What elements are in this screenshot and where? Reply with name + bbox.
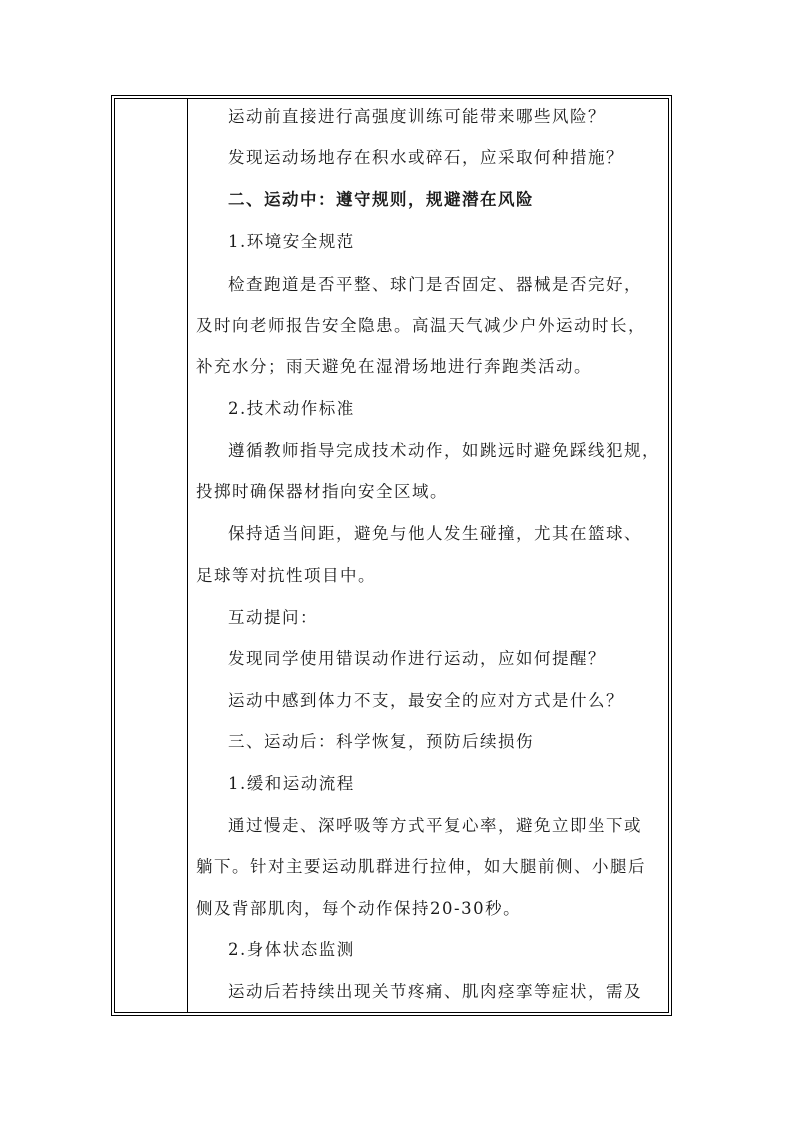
text-line: 三、运动后：科学恢复，预防后续损伤 [228,732,534,752]
text-line: 发现同学使用错误动作进行运动，应如何提醒？ [228,649,606,669]
text-line: 及时向老师报告安全隐患。高温天气减少户外运动时长， [196,316,646,336]
text-line: 运动前直接进行高强度训练可能带来哪些风险？ [228,107,606,127]
text-line: 运动中感到体力不支，最安全的应对方式是什么？ [228,691,624,711]
text-line: 2.身体状态监测 [228,940,355,960]
table-left-column [115,99,188,1012]
text-line: 互动提问： [228,608,318,628]
text-line: 1.环境安全规范 [228,232,355,252]
text-line: 躺下。针对主要运动肌群进行拉伸，如大腿前侧、小腿后 [196,857,646,877]
text-line: 遵循教师指导完成技术动作，如跳远时避免踩线犯规， [228,441,660,461]
text-line: 运动后若持续出现关节疼痛、肌肉痉挛等症状，需及 [228,982,642,1002]
text-line: 足球等对抗性项目中。 [196,566,376,586]
text-line: 2.技术动作标准 [228,399,355,419]
text-line: 检查跑道是否平整、球门是否固定、器械是否完好， [228,275,642,295]
text-line: 1.缓和运动流程 [228,774,355,794]
text-line: 二、运动中：遵守规则，规避潜在风险 [228,190,534,210]
text-line: 发现运动场地存在积水或碎石，应采取何种措施？ [228,148,624,168]
document-table: 运动前直接进行高强度训练可能带来哪些风险？发现运动场地存在积水或碎石，应采取何种… [111,95,672,1016]
text-line: 保持适当间距，避免与他人发生碰撞，尤其在篮球、 [228,524,642,544]
table-content-column: 运动前直接进行高强度训练可能带来哪些风险？发现运动场地存在积水或碎石，应采取何种… [188,99,668,1012]
text-line: 通过慢走、深呼吸等方式平复心率，避免立即坐下或 [228,816,642,836]
text-line: 侧及背部肌肉，每个动作保持20-30秒。 [196,899,521,919]
text-line: 补充水分；雨天避免在湿滑场地进行奔跑类活动。 [196,357,592,377]
text-line: 投掷时确保器材指向安全区域。 [196,482,448,502]
